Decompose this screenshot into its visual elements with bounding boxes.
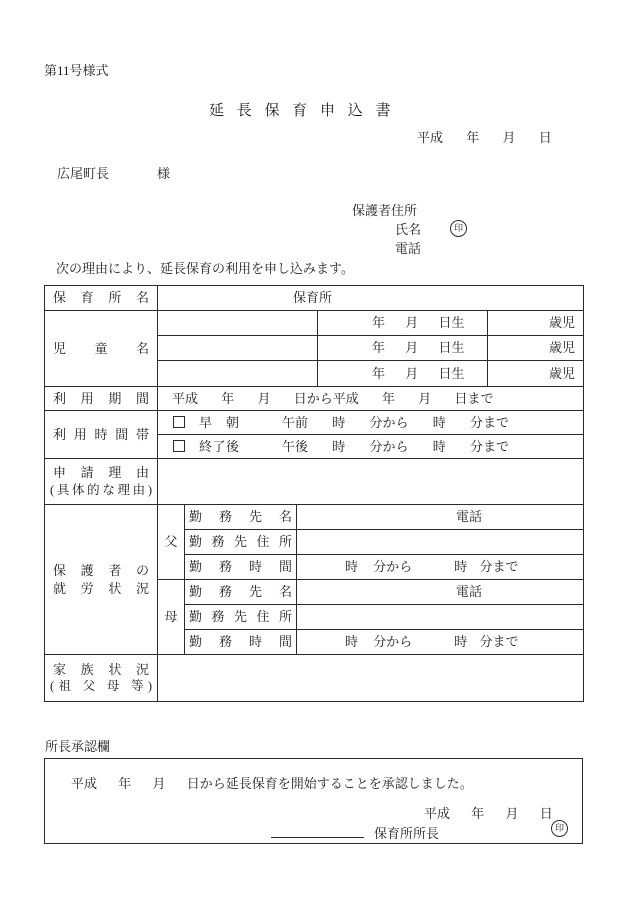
application-table: 保 育 所 名 保育所 児 童 名 年 月 日生 歳児 年 月 日生 歳児 年 …: [44, 285, 584, 702]
child-name-cell[interactable]: [158, 336, 318, 361]
approval-date-line: 平成 年 月 日: [424, 803, 553, 822]
mother-workname-input-cell[interactable]: 電話: [297, 580, 584, 605]
mother-workname-label-cell: 勤 務 先 名: [185, 580, 297, 605]
family-input-cell[interactable]: [158, 655, 584, 702]
timeband-option-name: 早 朝: [199, 414, 239, 432]
employment-label-line1: 保 護 者 の: [45, 562, 157, 580]
father-workname-input-cell[interactable]: 電話: [297, 505, 584, 530]
hours-from-template: 時 分から: [345, 559, 412, 574]
child-age-cell[interactable]: 歳児: [488, 336, 584, 361]
nursery-label-cell: 保 育 所 名: [45, 286, 158, 311]
approval-statement: 平成 年 月 日から延長保育を開始することを承認しました。: [71, 773, 473, 792]
family-label-line1: 家 族 状 況: [45, 661, 157, 679]
timeband-after-cell: 終了後 午後 時 分から 時 分まで: [158, 435, 584, 459]
intro-sentence: 次の理由により、延長保育の利用を申し込みます。: [56, 258, 354, 277]
guardian-address-label: 保護者住所: [352, 200, 417, 219]
timeband-option-time: 午後 時 分から 時 分まで: [282, 438, 509, 456]
seal-icon: 印: [450, 220, 467, 237]
reason-label-line1: 申 請 理 由: [45, 464, 157, 482]
age-suffix: 歳児: [488, 365, 583, 383]
mother-workaddr-label-cell: 勤 務 先 住 所: [185, 605, 297, 630]
approval-box: 平成 年 月 日から延長保育を開始することを承認しました。 平成 年 月 日 保…: [44, 758, 583, 844]
timeband-label: 利 用 時 間 帯: [45, 426, 157, 444]
mother-workhours-input-cell[interactable]: 時 分から時 分まで: [297, 630, 584, 655]
period-label-cell: 利 用 期 間: [45, 387, 158, 411]
father-workaddr-input-cell[interactable]: [297, 530, 584, 555]
child-name-cell[interactable]: [158, 361, 318, 387]
age-suffix: 歳児: [488, 314, 583, 332]
seal-icon: 印: [551, 820, 568, 837]
birthdate-template: 年 月 日生: [318, 314, 487, 332]
mother-label-cell: 母: [158, 580, 185, 655]
child-name-cell[interactable]: [158, 311, 318, 336]
children-label: 児 童 名: [45, 340, 157, 358]
approval-heading: 所長承認欄: [45, 736, 110, 755]
page-title: 延 長 保 育 申 込 書: [209, 99, 391, 120]
child-birthdate-cell[interactable]: 年 月 日生: [318, 361, 488, 387]
mother-workhours-label-cell: 勤 務 時 間: [185, 630, 297, 655]
age-suffix: 歳児: [488, 339, 583, 357]
child-age-cell[interactable]: 歳児: [488, 361, 584, 387]
employment-label-cell: 保 護 者 の 就 労 状 況: [45, 505, 158, 655]
reason-input-cell[interactable]: [158, 459, 584, 505]
addressee-line: 広尾町長様: [57, 163, 170, 182]
father-workname-label-cell: 勤 務 先 名: [185, 505, 297, 530]
family-label-cell: 家 族 状 況 (祖 父 母 等): [45, 655, 158, 702]
children-label-cell: 児 童 名: [45, 311, 158, 387]
mother-workaddr-input-cell[interactable]: [297, 605, 584, 630]
employment-label-line2: 就 労 状 況: [45, 580, 157, 598]
father-workhours-input-cell[interactable]: 時 分から時 分まで: [297, 555, 584, 580]
father-label: 父: [164, 534, 177, 549]
timeband-label-cell: 利 用 時 間 帯: [45, 411, 158, 459]
hours-from-template: 時 分から: [345, 634, 412, 649]
mother-label: 母: [164, 609, 177, 624]
nursery-label: 保 育 所 名: [45, 289, 157, 307]
birthdate-template: 年 月 日生: [318, 365, 487, 383]
period-template: 平成 年 月 日から平成 年 月 日まで: [158, 390, 583, 408]
form-number: 第11号様式: [44, 60, 109, 79]
phone-label: 電話: [297, 583, 583, 601]
child-birthdate-cell[interactable]: 年 月 日生: [318, 311, 488, 336]
application-date-line: 平成 年 月 日: [417, 127, 552, 146]
workhours-label: 勤 務 時 間: [185, 558, 296, 576]
timeband-early-cell: 早 朝 午前 時 分から 時 分まで: [158, 411, 584, 435]
child-age-cell[interactable]: 歳児: [488, 311, 584, 336]
period-label: 利 用 期 間: [45, 390, 157, 408]
workaddr-label: 勤 務 先 住 所: [185, 608, 296, 626]
timeband-option-time: 午前 時 分から 時 分まで: [282, 414, 509, 432]
reason-label-line2: (具体的な理由): [45, 482, 157, 499]
hours-to-template: 時 分まで: [454, 559, 518, 574]
addressee-honorific: 様: [157, 166, 170, 181]
workname-label: 勤 務 先 名: [185, 583, 296, 601]
phone-label: 電話: [297, 508, 583, 526]
workname-label: 勤 務 先 名: [185, 508, 296, 526]
hours-to-template: 時 分まで: [454, 634, 518, 649]
checkbox-early-morning-icon[interactable]: [173, 416, 185, 428]
family-label-line2: (祖 父 母 等): [45, 678, 157, 695]
birthdate-template: 年 月 日生: [318, 339, 487, 357]
addressee-name: 広尾町長: [57, 166, 109, 181]
reason-label-cell: 申 請 理 由 (具体的な理由): [45, 459, 158, 505]
workaddr-label: 勤 務 先 住 所: [185, 533, 296, 551]
checkbox-after-close-icon[interactable]: [173, 440, 185, 452]
timeband-option-name: 終了後: [199, 438, 239, 456]
child-birthdate-cell[interactable]: 年 月 日生: [318, 336, 488, 361]
father-label-cell: 父: [158, 505, 185, 580]
period-value-cell[interactable]: 平成 年 月 日から平成 年 月 日まで: [158, 387, 584, 411]
workhours-label: 勤 務 時 間: [185, 633, 296, 651]
director-label: 保育所所長: [374, 823, 439, 842]
guardian-name-label: 氏名: [395, 219, 421, 238]
father-workhours-label-cell: 勤 務 時 間: [185, 555, 297, 580]
nursery-name-cell[interactable]: 保育所: [158, 286, 584, 311]
application-form-page: 第11号様式 延 長 保 育 申 込 書 平成 年 月 日 広尾町長様 保護者住…: [0, 0, 630, 916]
father-workaddr-label-cell: 勤 務 先 住 所: [185, 530, 297, 555]
nursery-suffix: 保育所: [158, 289, 583, 307]
director-signature-line[interactable]: [271, 837, 364, 838]
guardian-phone-label: 電話: [395, 238, 421, 257]
